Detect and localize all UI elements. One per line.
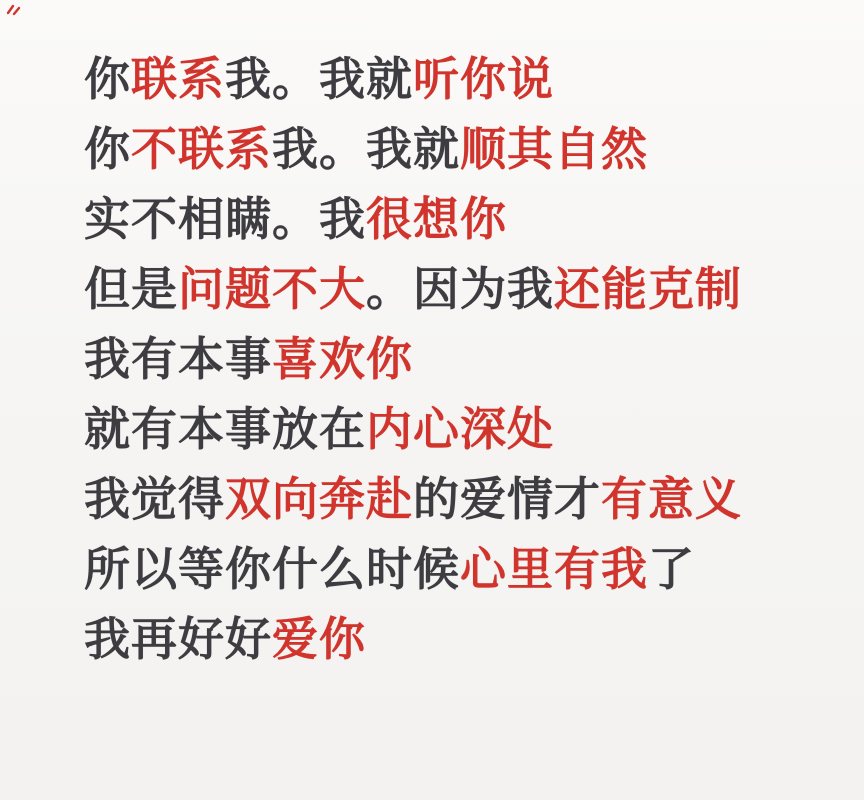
text-segment-red: 喜欢你 — [272, 333, 413, 385]
text-segment-red: 很想你 — [366, 193, 507, 245]
text-line: 但是问题不大。因为我还能克制 — [84, 254, 834, 324]
text-line: 你不联系我。我就顺其自然 — [84, 114, 834, 184]
text-line: 我觉得双向奔赴的爱情才有意义 — [84, 464, 834, 534]
text-segment-red: 心里有我 — [460, 543, 648, 595]
quote-card: 你联系我。我就听你说你不联系我。我就顺其自然实不相瞒。我很想你但是问题不大。因为… — [0, 0, 864, 800]
text-line: 我再好好爱你 — [84, 604, 834, 674]
corner-scribble-icon — [6, 3, 22, 17]
text-segment-red: 有意义 — [601, 473, 742, 525]
text-segment-red: 爱你 — [272, 613, 366, 665]
text-segment-red: 双向奔赴 — [225, 473, 413, 525]
text-segment-dark: 我。我就 — [225, 53, 413, 105]
text-segment-dark: 我有本事 — [84, 333, 272, 385]
text-segment-red: 内心深处 — [366, 403, 554, 455]
text-line: 实不相瞒。我很想你 — [84, 184, 834, 254]
text-line: 我有本事喜欢你 — [84, 324, 834, 394]
text-segment-dark: 我觉得 — [84, 473, 225, 525]
text-segment-red: 听你说 — [413, 53, 554, 105]
quote-lines: 你联系我。我就听你说你不联系我。我就顺其自然实不相瞒。我很想你但是问题不大。因为… — [84, 44, 834, 674]
text-segment-dark: 我再好好 — [84, 613, 272, 665]
text-segment-red: 顺其自然 — [460, 123, 648, 175]
text-segment-dark: 但是 — [84, 263, 178, 315]
text-segment-dark: 你 — [84, 53, 131, 105]
text-segment-red: 联系 — [131, 53, 225, 105]
text-segment-dark: 我。我就 — [272, 123, 460, 175]
text-segment-red: 还能克制 — [554, 263, 742, 315]
text-segment-dark: 了 — [648, 543, 695, 595]
text-line: 所以等你什么时候心里有我了 — [84, 534, 834, 604]
text-segment-dark: 就有本事放在 — [84, 403, 366, 455]
text-segment-red: 不联系 — [131, 123, 272, 175]
text-segment-dark: 的爱情才 — [413, 473, 601, 525]
text-line: 就有本事放在内心深处 — [84, 394, 834, 464]
text-segment-dark: 你 — [84, 123, 131, 175]
text-segment-dark: 实不相瞒。我 — [84, 193, 366, 245]
text-segment-dark: 。因为我 — [366, 263, 554, 315]
text-segment-red: 问题不大 — [178, 263, 366, 315]
text-segment-dark: 所以等你什么时候 — [84, 543, 460, 595]
text-line: 你联系我。我就听你说 — [84, 44, 834, 114]
